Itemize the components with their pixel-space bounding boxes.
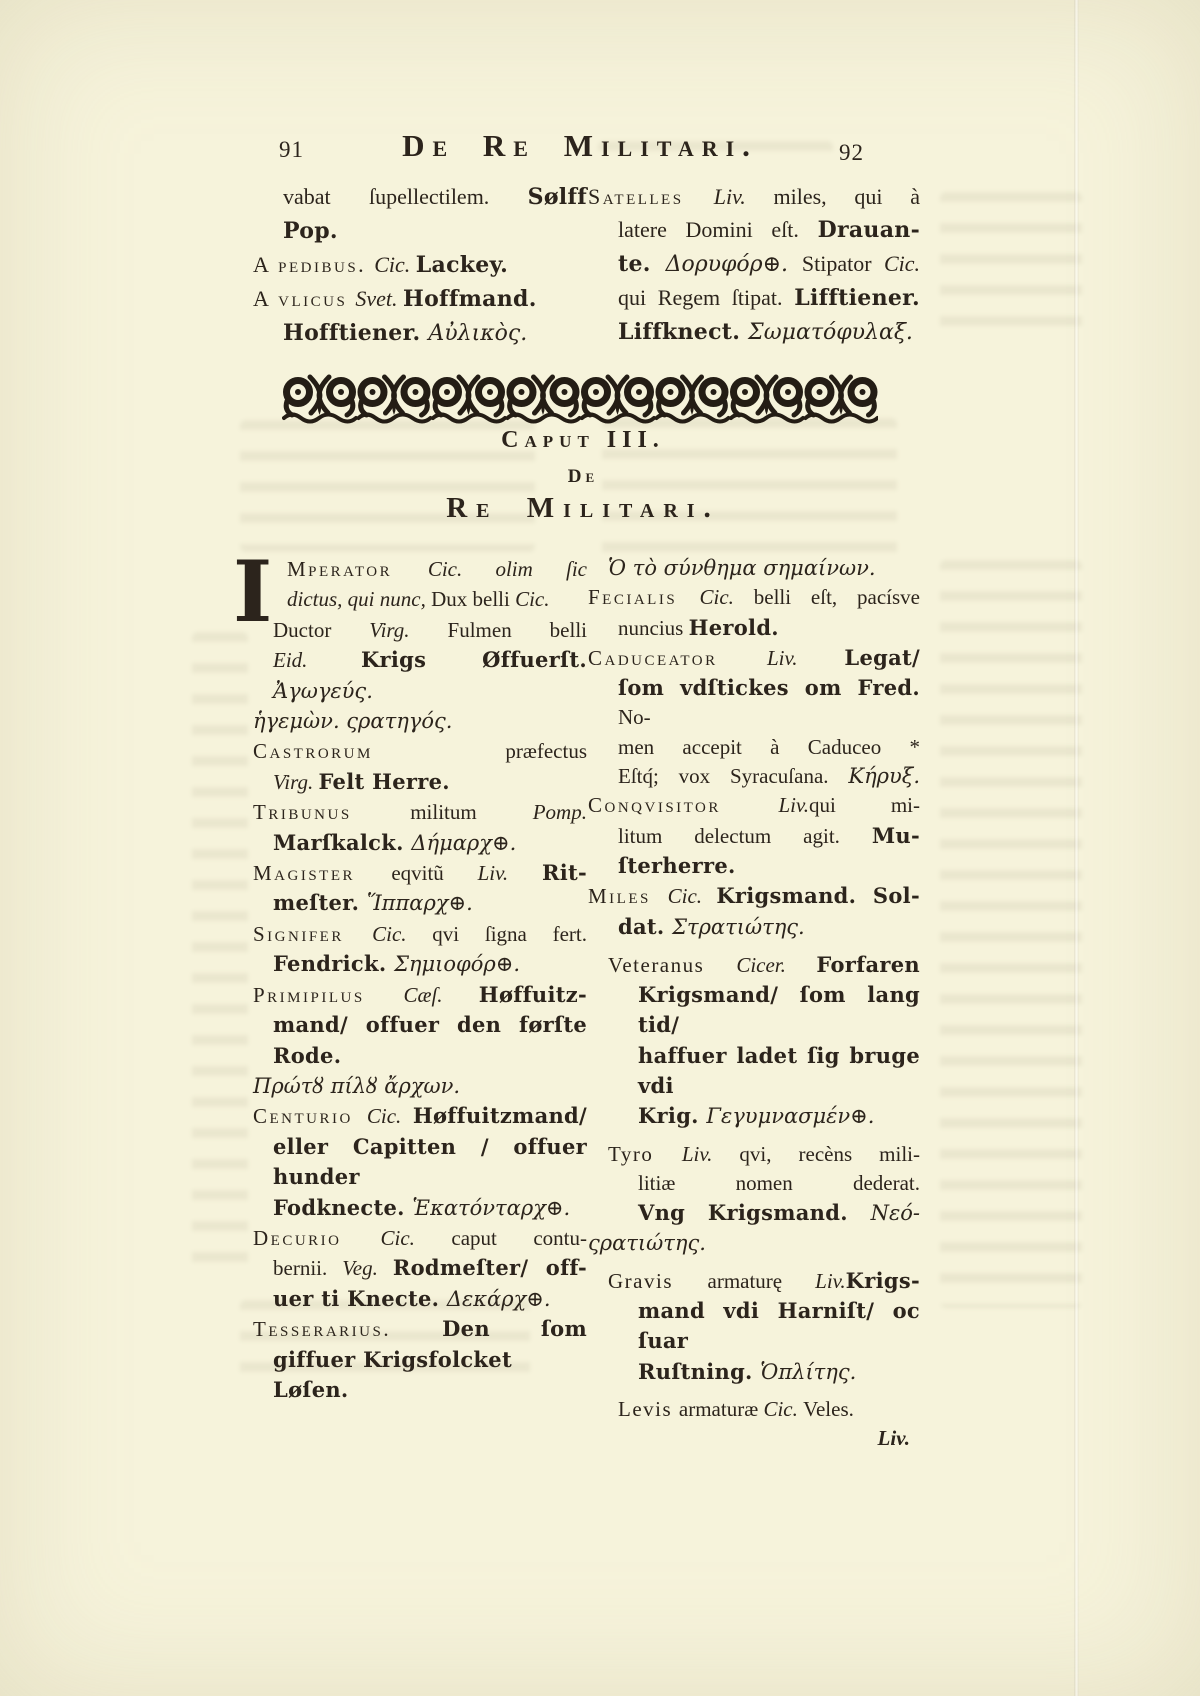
text-line: dat. Στρατιώτης. xyxy=(588,912,920,942)
text-line: Primipilus Cæſ. Høffuitz- xyxy=(253,980,587,1010)
text-segment: eqvitũ xyxy=(391,861,477,885)
text-segment: uer ti Knecte. xyxy=(273,1286,447,1311)
text-line: Veteranus Cicer. Forfaren xyxy=(588,950,920,980)
text-line: Liv. xyxy=(588,1424,920,1453)
text-segment: armaturę xyxy=(708,1269,816,1293)
text-line: mand vdi Harniſt/ oc ſuar xyxy=(588,1296,920,1357)
text-line: bernii. Veg. Rodmeſter/ off- xyxy=(253,1253,587,1283)
text-line: Ductor Virg. Fulmen belli xyxy=(253,615,587,645)
text-segment: qui Regem ſtipat. xyxy=(618,285,794,310)
bleed-through-ghost xyxy=(192,632,248,1280)
bleed-through-ghost xyxy=(940,192,1082,332)
text-segment: Cic. xyxy=(372,922,432,946)
text-line: Krig. Γεγυμνασμέν⊕. xyxy=(588,1101,920,1131)
text-segment: latere Domini eſt. xyxy=(618,217,818,242)
text-segment: Rodmeſter/ off- xyxy=(393,1255,587,1280)
text-line: Fendrick. Σημιοφόρ⊕. xyxy=(253,949,587,979)
text-line: Pop. xyxy=(253,214,587,248)
text-segment: Liffknect. xyxy=(618,319,748,345)
text-segment: Mu- xyxy=(872,823,920,848)
top-left-column: vabat ſupellectilem. SølffPop.A pedibus.… xyxy=(253,180,587,350)
text-segment: Liv. xyxy=(714,184,774,209)
text-segment: Eid. xyxy=(273,648,361,672)
text-segment: Eſtq́; vox Syracuſana. xyxy=(618,764,848,788)
text-segment: Castrorum xyxy=(253,739,505,763)
text-line: giffuer Krigsfolcket Løſen. xyxy=(253,1345,587,1406)
text-line: nuncius Herold. xyxy=(588,613,920,643)
text-line: meſter. Ἵππαρχ⊕. xyxy=(253,888,587,918)
text-segment: Krigs Øffuerſt. xyxy=(361,647,587,672)
text-segment: Krig. xyxy=(638,1103,706,1128)
text-segment: Κήρυξ. xyxy=(848,764,920,788)
text-segment: qvi, recèns mili- xyxy=(739,1142,920,1166)
text-segment: Mperator xyxy=(287,557,428,581)
text-segment: ςρατιώτης. xyxy=(588,1231,706,1255)
text-segment: miles, qui à xyxy=(774,184,921,209)
text-line: mand/ offuer den førſte Rode. xyxy=(253,1010,587,1071)
text-segment: caput contu- xyxy=(451,1226,587,1250)
text-segment: Fendrick. xyxy=(273,951,394,976)
text-segment: Δορυφόρ⊕. xyxy=(666,252,802,277)
text-segment: Krigsmand. Sol- xyxy=(716,883,920,908)
text-segment: Krigsmand/ ſom lang tid/ xyxy=(638,982,920,1037)
text-segment: Satelles xyxy=(588,184,714,209)
text-line: uer ti Knecte. Δεκάρχ⊕. xyxy=(253,1284,587,1314)
text-segment: Legat/ xyxy=(844,645,920,670)
text-segment: Cic. xyxy=(367,1104,413,1128)
page-number-right: 92 xyxy=(839,140,864,166)
text-line: Ὁ τὸ σύνθημα σημαίνων. xyxy=(588,554,920,583)
text-segment: Σωματόφυλαξ. xyxy=(748,320,913,345)
text-segment: Tyro xyxy=(608,1142,682,1166)
text-segment: ἡγεμὼν. ςρατηγός. xyxy=(253,709,452,733)
text-segment: ſom vdſtickes om Fred. xyxy=(618,675,920,700)
scanned-book-page: 91 De Re Militari. 92 vabat ſupellectile… xyxy=(0,0,1200,1696)
text-segment: Caduceator xyxy=(588,646,767,670)
text-segment: Ἵππαρχ⊕. xyxy=(367,891,473,915)
text-line: Decurio Cic. caput contu- xyxy=(253,1223,587,1253)
text-segment: ſterherre. xyxy=(618,853,736,878)
text-segment: Virg. xyxy=(369,618,447,642)
text-segment: Conqvisitor xyxy=(588,793,778,817)
text-line: Conqvisitor Liv.qui mi- xyxy=(588,791,920,820)
text-line: ςρατιώτης. xyxy=(588,1229,920,1258)
text-segment: nuncius xyxy=(618,616,689,640)
chapter-title: Re Militari. xyxy=(253,492,913,525)
text-segment: Fodknecte. xyxy=(273,1195,412,1220)
text-line: latere Domini eſt. Drauan- xyxy=(588,213,920,247)
text-line: Hofftiener. Αὐλικὸς. xyxy=(253,316,587,350)
chapter-de: De xyxy=(253,466,913,488)
text-segment: Svet. xyxy=(355,286,403,311)
text-line: qui Regem ſtipat. Lifftiener. xyxy=(588,281,920,315)
text-segment: Dux belli xyxy=(431,587,515,611)
text-segment: giffuer Krigsfolcket Løſen. xyxy=(273,1347,512,1402)
main-left-column: Mperator Cic. olim ſicdictus, qui nunc, … xyxy=(253,554,587,1405)
text-segment: Γεγυμνασμέν⊕. xyxy=(706,1104,874,1128)
text-segment: Drauan- xyxy=(818,217,920,243)
text-segment: Liv. xyxy=(815,1269,846,1293)
text-segment: Δήμαρχ⊕. xyxy=(411,831,516,855)
bleed-through-ghost xyxy=(940,560,1082,1308)
text-segment: Forfaren xyxy=(816,952,920,977)
ornament-band xyxy=(282,370,878,426)
text-line: Πρώτȣ πίλȣ ἄρχων. xyxy=(253,1071,587,1101)
text-line: ἡγεμὼν. ςρατηγός. xyxy=(253,706,587,736)
text-segment: Høffuitz- xyxy=(479,982,587,1007)
text-segment: Cic. xyxy=(700,585,754,609)
text-segment: men accepit à Caduceo * xyxy=(618,735,920,759)
text-segment: Ruſtning. xyxy=(638,1359,760,1384)
text-line: eller Capitten / offuer hunder xyxy=(253,1132,587,1193)
text-segment: A pedibus. xyxy=(253,252,374,277)
text-line: Fecialis Cic. belli eſt, pacísve xyxy=(588,583,920,612)
text-segment: Virg. xyxy=(273,770,319,794)
text-segment: Felt Herre. xyxy=(319,769,450,794)
text-segment: Fulmen belli xyxy=(448,618,587,642)
text-segment: Stipator xyxy=(802,251,884,276)
text-segment: vabat ſupellectilem. xyxy=(283,184,528,209)
text-line: Miles Cic. Krigsmand. Sol- xyxy=(588,881,920,911)
text-segment: Liv. xyxy=(778,793,809,817)
text-segment: armaturæ xyxy=(679,1397,764,1421)
text-segment: Liv. xyxy=(478,861,542,885)
text-segment: Cic. olim ſic xyxy=(428,557,587,581)
text-line: Vng Krigsmand. Νεό- xyxy=(588,1198,920,1228)
text-segment: Lifftiener. xyxy=(794,285,920,311)
text-line: Castrorum præfectus xyxy=(253,736,587,766)
text-line: Virg. Felt Herre. xyxy=(253,767,587,797)
text-line: Caduceator Liv. Legat/ xyxy=(588,643,920,673)
text-segment: meſter. xyxy=(273,890,367,915)
text-segment: Lackey. xyxy=(416,252,508,278)
text-segment: Tesserarius. xyxy=(253,1317,442,1341)
text-segment: Στρατιώτης. xyxy=(672,915,805,939)
text-segment: Vng Krigsmand. xyxy=(638,1200,871,1225)
text-segment: præfectus xyxy=(505,739,587,763)
text-segment: Fecialis xyxy=(588,585,700,609)
text-segment: Pomp. xyxy=(533,800,587,824)
text-segment: Cic. xyxy=(515,587,549,611)
text-segment: eller Capitten / offuer hunder xyxy=(273,1134,587,1189)
text-segment: Krigs- xyxy=(846,1268,920,1293)
text-segment: qui mi- xyxy=(809,793,920,817)
text-segment: Ductor xyxy=(273,618,369,642)
text-segment: Herold. xyxy=(689,615,779,640)
chapter-caput: Caput III. xyxy=(253,427,913,454)
text-line: vabat ſupellectilem. Sølff xyxy=(253,180,587,214)
text-line: Tribunus militum Pomp. xyxy=(253,797,587,827)
text-segment: Levis xyxy=(618,1397,679,1421)
text-segment: Ὁπλίτης. xyxy=(760,1360,856,1384)
text-segment: Cic. xyxy=(884,251,920,276)
text-segment: Liv. xyxy=(682,1142,740,1166)
text-line: Gravis armaturę Liv.Krigs- xyxy=(588,1266,920,1296)
text-segment: mand/ offuer den førſte Rode. xyxy=(273,1012,587,1067)
text-segment: Sølff xyxy=(528,184,587,210)
text-segment: Decurio xyxy=(253,1226,380,1250)
scan-crease xyxy=(1074,0,1079,1696)
text-line: dictus, qui nunc, Dux belli Cic. xyxy=(253,584,587,614)
text-line: Tyro Liv. qvi, recèns mili- xyxy=(588,1140,920,1169)
text-line: Magister eqvitũ Liv. Rit- xyxy=(253,858,587,888)
text-segment: Νεό- xyxy=(871,1201,920,1225)
text-segment: Gravis xyxy=(608,1269,708,1293)
text-segment: Cic. xyxy=(668,884,717,908)
text-segment: bernii. xyxy=(273,1256,342,1280)
text-segment: litum delectum agit. xyxy=(618,824,872,848)
text-segment: belli eſt, pacísve xyxy=(754,585,920,609)
text-segment: Cicer. xyxy=(736,953,816,977)
text-segment: Tribunus xyxy=(253,800,410,824)
text-line: Marſkalck. Δήμαρχ⊕. xyxy=(253,828,587,858)
text-segment: Αὐλικὸς. xyxy=(428,321,527,346)
text-line: Satelles Liv. miles, qui à xyxy=(588,180,920,213)
text-line: ſom vdſtickes om Fred. No- xyxy=(588,673,920,733)
running-title: De Re Militari. xyxy=(240,128,920,164)
text-segment: Liv. xyxy=(878,1426,910,1450)
text-segment: Høffuitzmand/ xyxy=(413,1103,587,1128)
text-segment: Cæſ. xyxy=(403,983,478,1007)
text-segment: Veg. xyxy=(342,1256,393,1280)
text-segment: Centurio xyxy=(253,1104,367,1128)
text-line: Eid. Krigs Øffuerſt. Ἀγωγεύς. xyxy=(253,645,587,706)
text-line: Signifer Cic. qvi ſigna fert. xyxy=(253,919,587,949)
text-line: Liffknect. Σωματόφυλαξ. xyxy=(588,315,920,349)
text-segment: dictus, qui nunc, xyxy=(287,587,431,611)
text-segment: te. xyxy=(618,251,666,277)
text-segment: Σημιοφόρ⊕. xyxy=(394,952,520,976)
text-segment: Liv. xyxy=(767,646,844,670)
text-line: A vlicus Svet. Hoffmand. xyxy=(253,282,587,316)
text-segment: haffuer ladet ſig bruge vdi xyxy=(638,1043,920,1098)
text-segment: Signifer xyxy=(253,922,372,946)
text-segment: Ἀγωγεύς. xyxy=(273,679,373,703)
text-line: litiæ nomen dederat. xyxy=(588,1169,920,1198)
text-line: ſterherre. xyxy=(588,851,920,881)
text-segment: Veteranus xyxy=(608,953,736,977)
text-segment: Δεκάρχ⊕. xyxy=(447,1287,551,1311)
text-line: Fodknecte. Ἑκατόνταρχ⊕. xyxy=(253,1193,587,1223)
text-segment: Cic. xyxy=(380,1226,451,1250)
text-line: haffuer ladet ſig bruge vdi xyxy=(588,1041,920,1102)
text-line: Centurio Cic. Høffuitzmand/ xyxy=(253,1101,587,1131)
text-segment: Hofftiener. xyxy=(283,320,428,346)
text-segment: dat. xyxy=(618,914,672,939)
text-line: men accepit à Caduceo * xyxy=(588,733,920,762)
text-segment: Magister xyxy=(253,861,391,885)
text-segment: Ὁ τὸ σύνθημα σημαίνων. xyxy=(608,556,876,580)
text-segment: Miles xyxy=(588,884,668,908)
text-line: Mperator Cic. olim ſic xyxy=(253,554,587,584)
text-segment: litiæ nomen dederat. xyxy=(638,1171,920,1195)
text-segment: Hoffmand. xyxy=(403,286,537,312)
text-segment: Pop. xyxy=(283,218,338,244)
text-segment: Ἑκατόνταρχ⊕. xyxy=(412,1196,570,1220)
main-right-column: Ὁ τὸ σύνθημα σημαίνων.Fecialis Cic. bell… xyxy=(588,554,920,1454)
text-line: te. Δορυφόρ⊕. Stipator Cic. xyxy=(588,247,920,281)
text-segment: Cic. xyxy=(763,1397,803,1421)
text-line: A pedibus. Cic. Lackey. xyxy=(253,248,587,282)
text-line: Levis armaturæ Cic. Veles. xyxy=(588,1395,920,1424)
text-segment: A vlicus xyxy=(253,286,355,311)
text-line: Tesserarius. Den ſom xyxy=(253,1314,587,1344)
text-segment: Veles. xyxy=(803,1397,854,1421)
text-segment: Marſkalck. xyxy=(273,830,411,855)
text-line: Ruſtning. Ὁπλίτης. xyxy=(588,1357,920,1387)
text-line: Eſtq́; vox Syracuſana. Κήρυξ. xyxy=(588,762,920,791)
text-line: litum delectum agit. Mu- xyxy=(588,821,920,851)
text-segment: No- xyxy=(618,705,651,729)
text-segment: militum xyxy=(410,800,533,824)
text-segment: Πρώτȣ πίλȣ ἄρχων. xyxy=(253,1074,460,1098)
text-segment: qvi ſigna fert. xyxy=(432,922,587,946)
text-segment: Primipilus xyxy=(253,983,403,1007)
text-segment: Rit- xyxy=(542,860,587,885)
text-line: Krigsmand/ ſom lang tid/ xyxy=(588,980,920,1041)
text-segment: mand vdi Harniſt/ oc ſuar xyxy=(638,1298,920,1353)
top-right-column: Satelles Liv. miles, qui àlatere Domini … xyxy=(588,180,920,349)
text-segment: Den ſom xyxy=(442,1316,587,1341)
text-segment: Cic. xyxy=(374,252,416,277)
